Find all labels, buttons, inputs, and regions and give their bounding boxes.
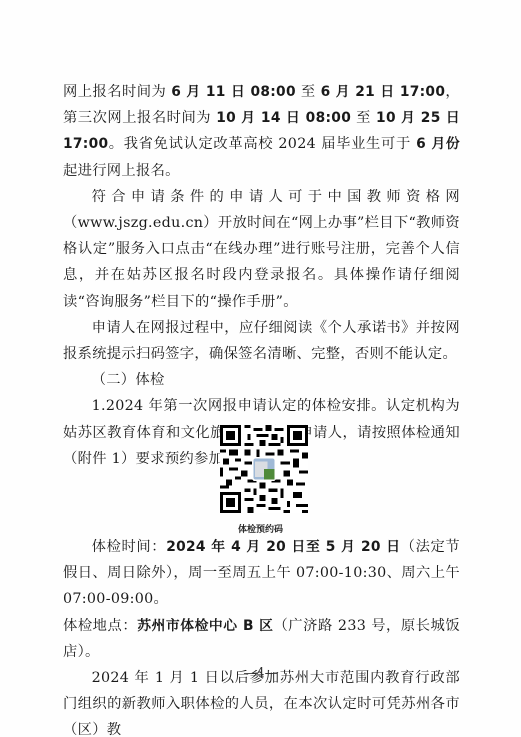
- highlighted-date: 10 月 14 日 08:00: [216, 110, 351, 126]
- qr-code-icon: [217, 425, 311, 513]
- highlighted-date: 6 月 11 日 08:00: [171, 84, 296, 100]
- paragraph-text: 。我省免试认定改革高校 2024 届毕业生可于: [108, 136, 416, 152]
- apply-instructions-paragraph: 符合申请条件的申请人可于中国教师资格网（www.jszg.edu.cn）开放时间…: [63, 184, 460, 315]
- exam-place-label: 体检地点：: [63, 618, 137, 634]
- exam-details: 体检时间：2024 年 4 月 20 日至 5 月 20 日（法定节假日、周日除…: [63, 534, 460, 737]
- qr-code[interactable]: [216, 425, 312, 513]
- paragraph-text: 至: [296, 84, 321, 100]
- registration-time-paragraph: 网上报名时间为 6 月 11 日 08:00 至 6 月 21 日 17:00，…: [63, 79, 460, 184]
- exam-time-value: 2024 年 4 月 20 日至 5 月 20 日: [166, 539, 400, 555]
- highlighted-date: 6 月份: [416, 136, 460, 152]
- signature-paragraph: 申请人在网报过程中，应仔细阅读《个人承诺书》并按网报系统提示扫码签字，确保签名清…: [63, 315, 460, 367]
- page-number: —4—: [0, 666, 521, 681]
- paragraph-text: 起进行网上报名。: [63, 163, 180, 179]
- exam-time-paragraph: 体检时间：2024 年 4 月 20 日至 5 月 20 日（法定节假日、周日除…: [63, 534, 460, 613]
- paragraph-text: 网上报名时间为: [63, 84, 171, 100]
- section-heading-physical-exam: （二）体检: [63, 367, 460, 393]
- document-body: 网上报名时间为 6 月 11 日 08:00 至 6 月 21 日 17:00，…: [63, 79, 460, 472]
- exam-time-label: 体检时间：: [92, 539, 167, 555]
- exam-place-value: 苏州市体检中心 B 区: [137, 618, 273, 634]
- paragraph-text: 至: [351, 110, 376, 126]
- exam-place-paragraph: 体检地点：苏州市体检中心 B 区（广济路 233 号，原长城饭店）。: [63, 613, 460, 665]
- highlighted-date: 6 月 21 日 17:00: [321, 84, 446, 100]
